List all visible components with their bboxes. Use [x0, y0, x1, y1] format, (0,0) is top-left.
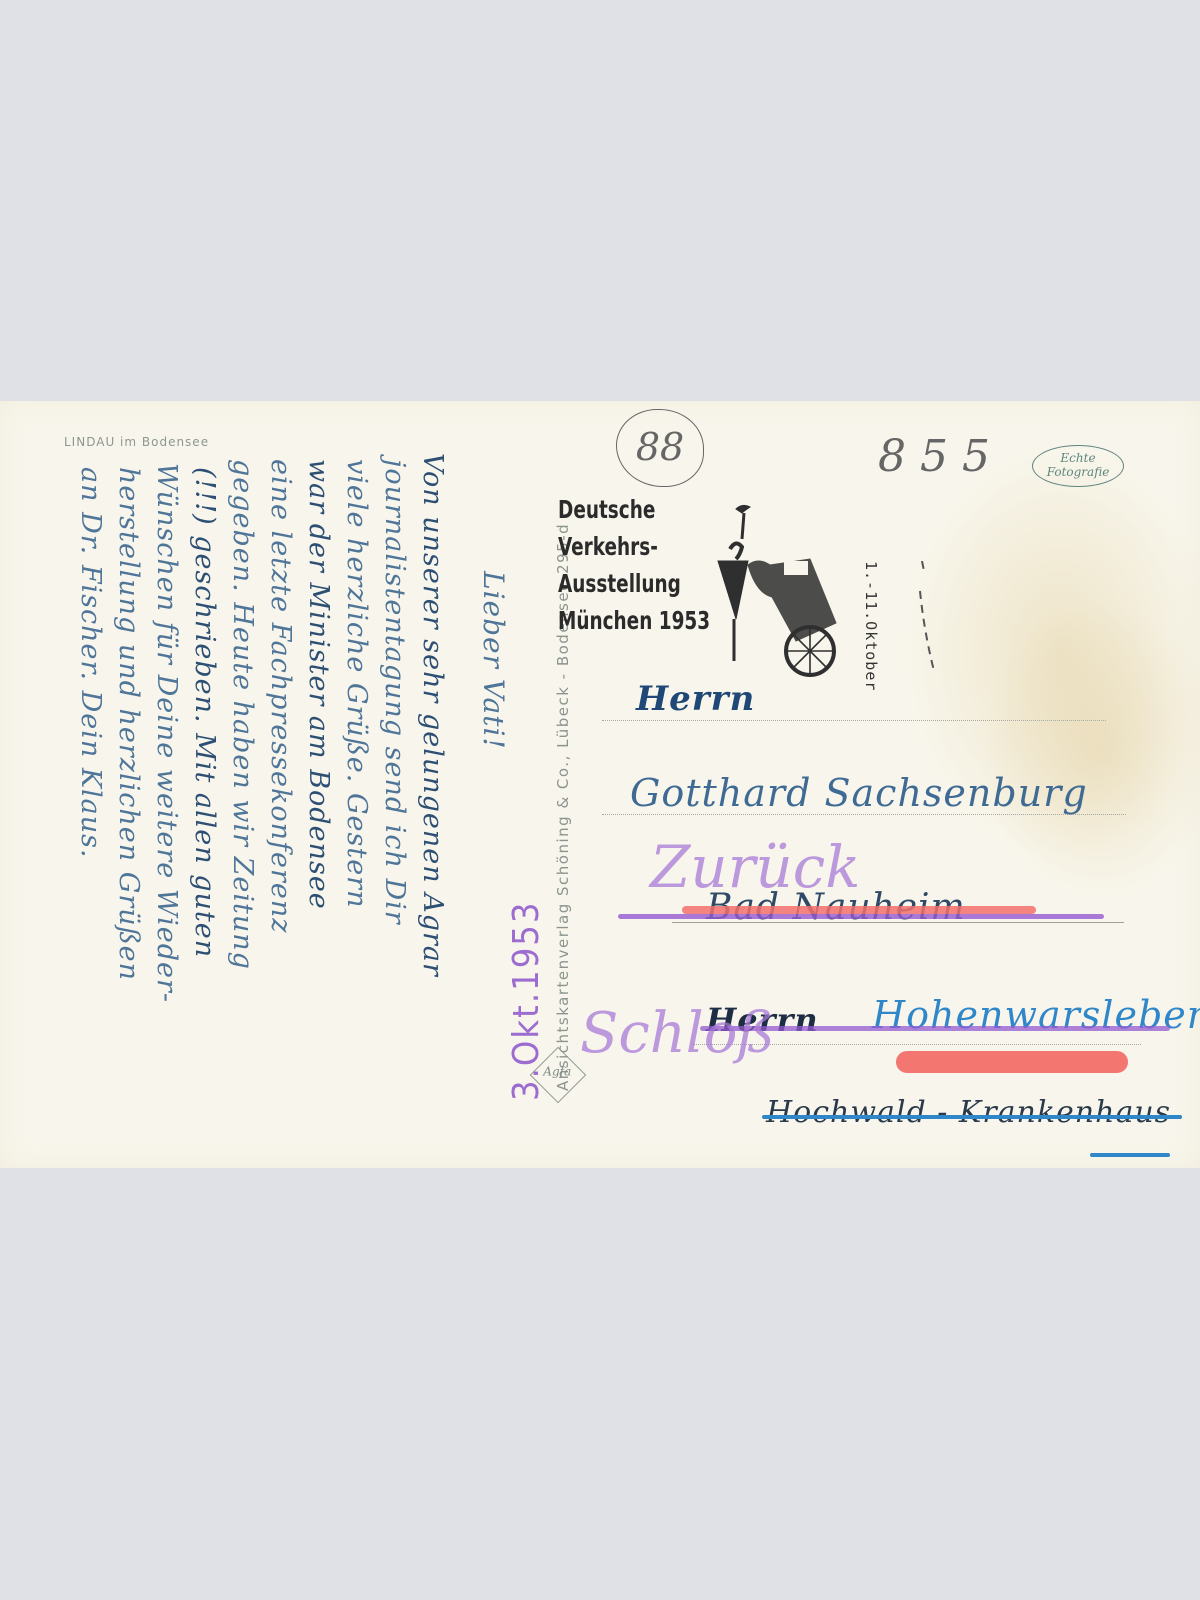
message-line: eine letzte Fachpressekonferenz — [265, 459, 296, 934]
message-line: an Dr. Fischer. Dein Klaus. — [75, 467, 106, 859]
message-line: Von unserer sehr gelungenen Agrar — [417, 453, 448, 977]
message-salutation: Lieber Vati! — [477, 571, 510, 750]
address-name: Gotthard Sachsenburg — [630, 771, 1088, 815]
red-pencil-mark — [896, 1051, 1128, 1073]
postmark-wavy-line — [910, 561, 950, 681]
blue-strikethrough — [762, 1115, 1182, 1119]
printed-caption: LINDAU im Bodensee — [64, 435, 209, 449]
message-line: Wünschen für Deine weitere Wieder- — [151, 463, 182, 1003]
pencil-number: 855 — [878, 431, 1004, 482]
message-line: war der Minister am Bodensee — [303, 459, 334, 910]
message-line: gegeben. Heute haben wir Zeitung — [227, 459, 258, 970]
message-line: journalistentagung send ich Dir — [379, 459, 410, 925]
umbrella-automobile-icon — [708, 501, 858, 681]
red-strikethrough — [682, 906, 1036, 914]
circled-pencil-number: 88 — [616, 409, 704, 487]
address-street-struck: Hochwald - Krankenhaus — [766, 1095, 1171, 1130]
address-salutation: Herrn — [636, 679, 755, 719]
message-line: viele herzliche Grüße. Gestern — [341, 459, 372, 908]
violet-note: Schloß — [580, 1001, 775, 1066]
receipt-date-stamp: 3.Okt.1953 — [506, 900, 547, 1101]
echte-fotografie-mark: Echte Fotografie — [1032, 445, 1124, 487]
violet-strikethrough — [618, 914, 1104, 919]
age-stain — [980, 601, 1200, 901]
postcard-back: LINDAU im Bodensee Lieber Vati! Von unse… — [0, 401, 1200, 1168]
blue-strikethrough — [1090, 1153, 1170, 1157]
message-line: herstellung und herzlichen Grüßen — [113, 467, 144, 981]
postmark-date-range: 1.-11.Oktober — [862, 561, 880, 691]
message-line: (!!!) geschrieben. Mit allen guten — [189, 467, 220, 958]
address-line — [602, 720, 1106, 721]
